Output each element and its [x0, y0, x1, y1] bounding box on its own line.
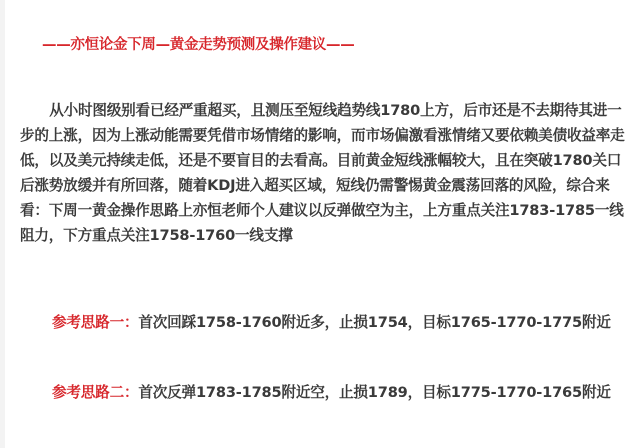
reference-idea-2-text: 首次反弹1783-1785附近空，止损1789，目标1775-1770-1765… — [138, 384, 610, 401]
reference-idea-1-label: 参考思路一： — [52, 314, 138, 331]
reference-idea-1: 参考思路一：首次回踩1758-1760附近多，止损1754，目标1765-177… — [52, 311, 611, 332]
analysis-paragraph: 从小时图级别看已经严重超买，且测压至短线趋势线1780上方，后市还是不去期待其进… — [20, 98, 634, 248]
reference-idea-2: 参考思路二：首次反弹1783-1785附近空，止损1789，目标1775-177… — [52, 381, 611, 402]
reference-idea-2-label: 参考思路二： — [52, 384, 138, 401]
article-title: ——亦恒论金下周—黄金走势预测及操作建议—— — [42, 33, 354, 54]
reference-idea-1-text: 首次回踩1758-1760附近多，止损1754，目标1765-1770-1775… — [138, 314, 610, 331]
left-margin-strip — [0, 0, 5, 448]
